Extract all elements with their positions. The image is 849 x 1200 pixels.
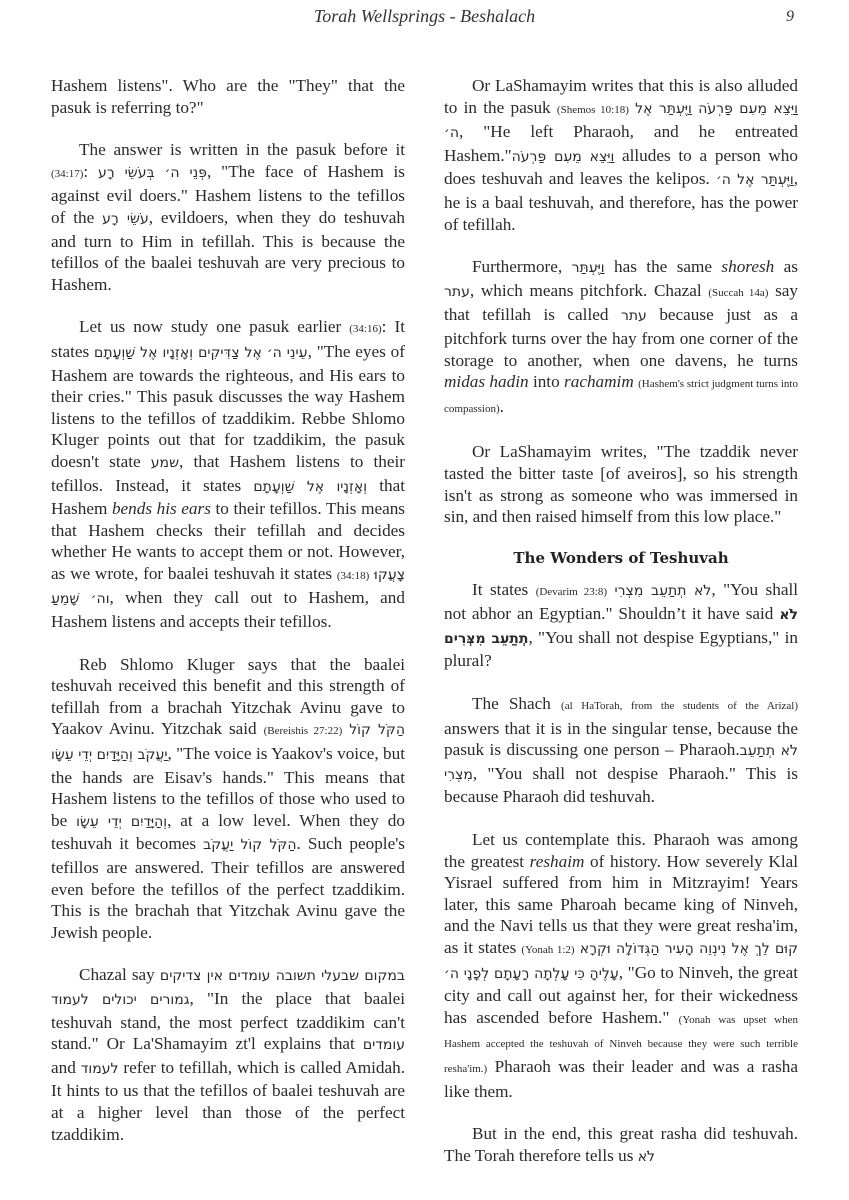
verse-reference: (Shemos 10:18) (557, 104, 629, 116)
text: It states (472, 580, 536, 599)
paragraph: Let us now study one pasuk earlier (34:1… (51, 316, 405, 632)
italic-text: midas hadin (444, 372, 529, 391)
paragraph: The Shach (al HaTorah, from the students… (444, 693, 798, 808)
italic-text: bends his ears (112, 499, 211, 518)
text: Furthermore, (472, 257, 572, 276)
text: Or LaShamayim writes, "The tzaddik never… (444, 442, 798, 526)
text: Hashem listens". Who are the "They" that… (51, 76, 405, 117)
text (607, 580, 615, 599)
text: has the same (605, 257, 722, 276)
left-column: Hashem listens". Who are the "They" that… (51, 75, 405, 1166)
text: into (529, 372, 564, 391)
paragraph: It states (Devarim 23:8) לֹא תְתַעֵב מִצ… (444, 579, 798, 672)
hebrew-quote: עתר (444, 284, 470, 300)
page-number: 9 (786, 8, 794, 26)
hebrew-quote: לֹא (638, 1149, 655, 1165)
italic-text: reshaim (530, 852, 585, 871)
text: The answer is written in the pasuk befor… (79, 140, 405, 159)
text: , "You shall not despise Pharaoh." This … (444, 764, 798, 807)
verse-reference: (Yonah 1:2) (521, 944, 574, 956)
paragraph: Let us contemplate this. Pharaoh was amo… (444, 829, 798, 1102)
right-column: Or LaShamayim writes that this is also a… (444, 75, 798, 1189)
hebrew-quote: שמע (151, 455, 179, 471)
text: Pharaoh was their leader and was a rasha… (444, 1057, 798, 1101)
hebrew-quote: וַיֵּצֵא מֵעִם פַּרְעֹה (512, 149, 615, 165)
hebrew-quote: וְאָזְנָיו אֶל שַׁוְעָתָם (253, 479, 367, 495)
text: as (774, 257, 798, 276)
paragraph: The answer is written in the pasuk befor… (51, 139, 405, 295)
hebrew-quote: פְּנֵי ה׳ בְּעֹשֵׂי רָע (98, 165, 207, 181)
running-title: Torah Wellsprings - Beshalach (0, 6, 849, 27)
paragraph: Reb Shlomo Kluger says that the baalei t… (51, 654, 405, 944)
hebrew-quote: וַיֶּעְתַּר (572, 260, 605, 276)
verse-reference: (Bereishis 27:22) (264, 725, 343, 737)
hebrew-quote: עתר (621, 308, 647, 324)
text: The Shach (472, 694, 561, 713)
hebrew-quote: עֵינֵי ה׳ אֶל צַדִּיקִים וְאָזְנָיו אֶל … (94, 345, 308, 361)
text: and (51, 1058, 81, 1077)
text: Chazal say (79, 965, 160, 984)
verse-reference: (34:17) (51, 168, 83, 180)
verse-reference: (34:16) (349, 323, 381, 335)
page-header: Torah Wellsprings - Beshalach 9 (0, 0, 849, 40)
text: . (500, 397, 504, 416)
hebrew-quote: הַקֹּל קוֹל יַעֲקֹב (203, 837, 296, 853)
section-heading: The Wonders of Teshuvah (444, 549, 798, 567)
text: But in the end, this great rasha did tes… (444, 1124, 798, 1165)
paragraph: Or LaShamayim writes that this is also a… (444, 75, 798, 235)
hebrew-quote: עֹשֵׂי רָע (102, 211, 149, 227)
hebrew-quote: לֹא תְתַעֵב מִצְרִי (615, 583, 712, 599)
text: Let us now study one pasuk earlier (79, 317, 349, 336)
italic-text: shoresh (721, 257, 774, 276)
verse-reference: (Devarim 23:8) (536, 586, 607, 598)
verse-reference: (34:18) (337, 570, 369, 582)
hebrew-quote: לעמוד (81, 1061, 119, 1077)
text: , which means pitchfork. Chazal (470, 281, 708, 300)
hebrew-quote: וְהַיָּדַיִם יְדֵי עֵשָׂו (76, 814, 167, 830)
paragraph: Furthermore, וַיֶּעְתַּר has the same sh… (444, 256, 798, 420)
paragraph: Chazal say במקום שבעלי תשובה עומדים אין … (51, 964, 405, 1145)
text: : (83, 162, 98, 181)
hebrew-quote: וַיֶּעְתַּר אֶל ה׳ (716, 172, 794, 188)
parenthetical-note: (al HaTorah, from the students of the Ar… (561, 700, 798, 712)
paragraph: But in the end, this great rasha did tes… (444, 1123, 798, 1168)
italic-text: rachamim (564, 372, 634, 391)
verse-reference: (Succah 14a) (708, 287, 768, 299)
paragraph: Or LaShamayim writes, "The tzaddik never… (444, 441, 798, 527)
paragraph: Hashem listens". Who are the "They" that… (51, 75, 405, 118)
hebrew-quote: עומדים (363, 1037, 405, 1053)
